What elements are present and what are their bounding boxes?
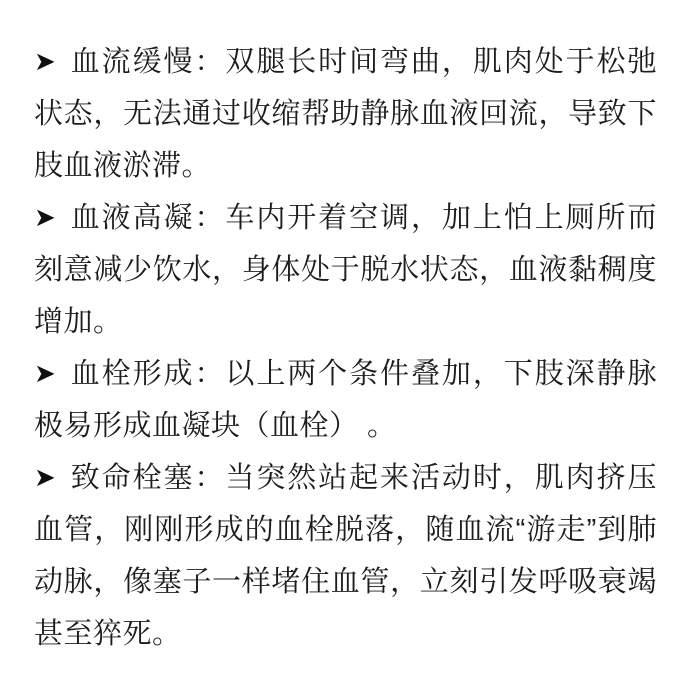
bullet-paragraph-fatal-embolism: ➤致命栓塞：当突然站起来活动时，肌肉挤压血管，刚刚形成的血栓脱落，随血流“游走”… xyxy=(34,452,657,660)
bullet-paragraph-thrombus-formation: ➤血栓形成：以上两个条件叠加，下肢深静脉极易形成血凝块（血栓） 。 xyxy=(34,348,657,452)
document-body: ➤血流缓慢：双腿长时间弯曲，肌肉处于松弛状态，无法通过收缩帮助静脉血液回流，导致… xyxy=(0,0,683,673)
arrow-bullet-icon: ➤ xyxy=(34,347,56,399)
bullet-paragraph-hypercoagulation: ➤血液高凝：车内开着空调，加上怕上厕所而刻意减少饮水，身体处于脱水状态，血液黏稠… xyxy=(34,192,657,348)
arrow-bullet-icon: ➤ xyxy=(34,451,56,503)
paragraph-text: 血液高凝：车内开着空调，加上怕上厕所而刻意减少饮水，身体处于脱水状态，血液黏稠度… xyxy=(34,202,657,338)
bullet-paragraph-blood-flow: ➤血流缓慢：双腿长时间弯曲，肌肉处于松弛状态，无法通过收缩帮助静脉血液回流，导致… xyxy=(34,36,657,192)
paragraph-text: 血栓形成：以上两个条件叠加，下肢深静脉极易形成血凝块（血栓） 。 xyxy=(34,358,657,442)
arrow-bullet-icon: ➤ xyxy=(34,35,56,87)
paragraph-text: 血流缓慢：双腿长时间弯曲，肌肉处于松弛状态，无法通过收缩帮助静脉血液回流，导致下… xyxy=(34,46,657,182)
paragraph-text: 致命栓塞：当突然站起来活动时，肌肉挤压血管，刚刚形成的血栓脱落，随血流“游走”到… xyxy=(34,462,657,650)
arrow-bullet-icon: ➤ xyxy=(34,191,56,243)
